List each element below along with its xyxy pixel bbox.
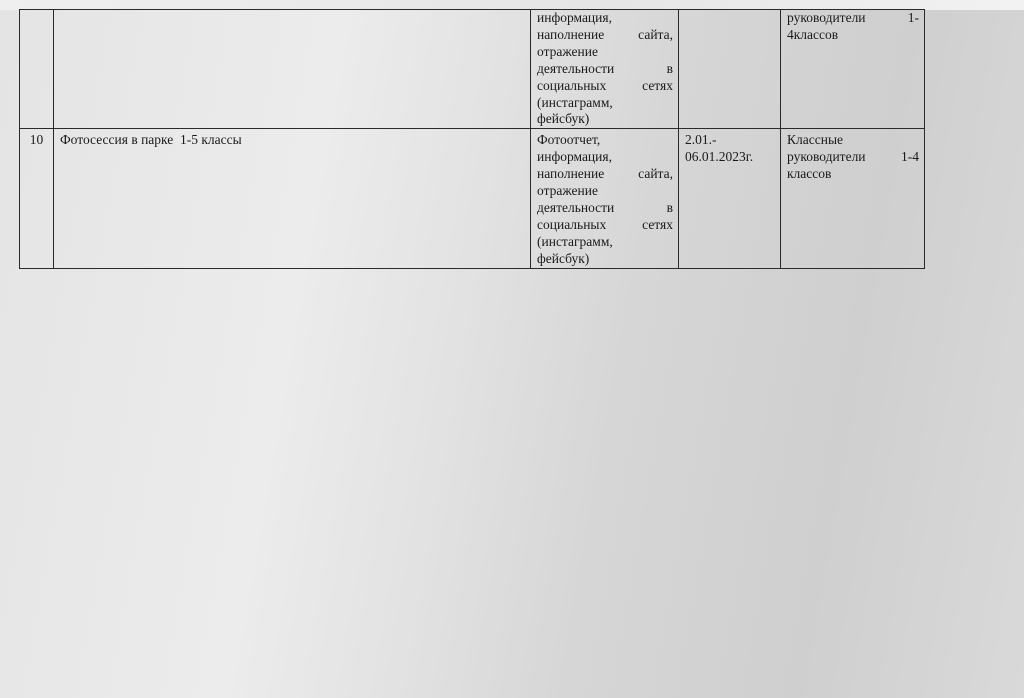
text-line: наполнение сайта, — [537, 27, 673, 44]
text-line: 2.01.- — [685, 132, 775, 149]
text-line: классов — [787, 166, 919, 183]
text-line: информация, — [537, 149, 673, 166]
text-line: наполнение сайта, — [537, 166, 673, 183]
text-line: руководители 1- — [787, 10, 919, 27]
text-line: Классные — [787, 132, 919, 149]
event-cell — [54, 10, 531, 129]
table-row: 10 Фотосессия в парке 1-5 классы Фотоотч… — [20, 129, 925, 268]
event-cell: Фотосессия в парке 1-5 классы — [54, 129, 531, 268]
text-line: отражение — [537, 44, 673, 61]
text-line: (инстаграмм, — [537, 234, 673, 251]
text-line: отражение — [537, 183, 673, 200]
report-form-cell: Фотоотчет, информация, наполнение сайта,… — [531, 129, 679, 268]
text-line: информация, — [537, 10, 673, 27]
text-line: Фотоотчет, — [537, 132, 673, 149]
responsible-cell: Классные руководители 1-4 классов — [781, 129, 925, 268]
text-line: руководители 1-4 — [787, 149, 919, 166]
text-line: фейсбук) — [537, 111, 673, 128]
report-form-cell: информация, наполнение сайта, отражение … — [531, 10, 679, 129]
responsible-cell: руководители 1- 4классов — [781, 10, 925, 129]
events-table: информация, наполнение сайта, отражение … — [19, 9, 925, 269]
row-number: 10 — [20, 129, 54, 268]
text-line: социальных сетях — [537, 78, 673, 95]
text-line: деятельности в — [537, 61, 673, 78]
text-line: социальных сетях — [537, 217, 673, 234]
date-cell: 2.01.- 06.01.2023г. — [679, 129, 781, 268]
table-row: информация, наполнение сайта, отражение … — [20, 10, 925, 129]
text-line: фейсбук) — [537, 251, 673, 268]
text-line: (инстаграмм, — [537, 95, 673, 112]
text-line: деятельности в — [537, 200, 673, 217]
row-number — [20, 10, 54, 129]
date-cell — [679, 10, 781, 129]
text-line: 4классов — [787, 27, 919, 44]
text-line: 06.01.2023г. — [685, 149, 775, 166]
